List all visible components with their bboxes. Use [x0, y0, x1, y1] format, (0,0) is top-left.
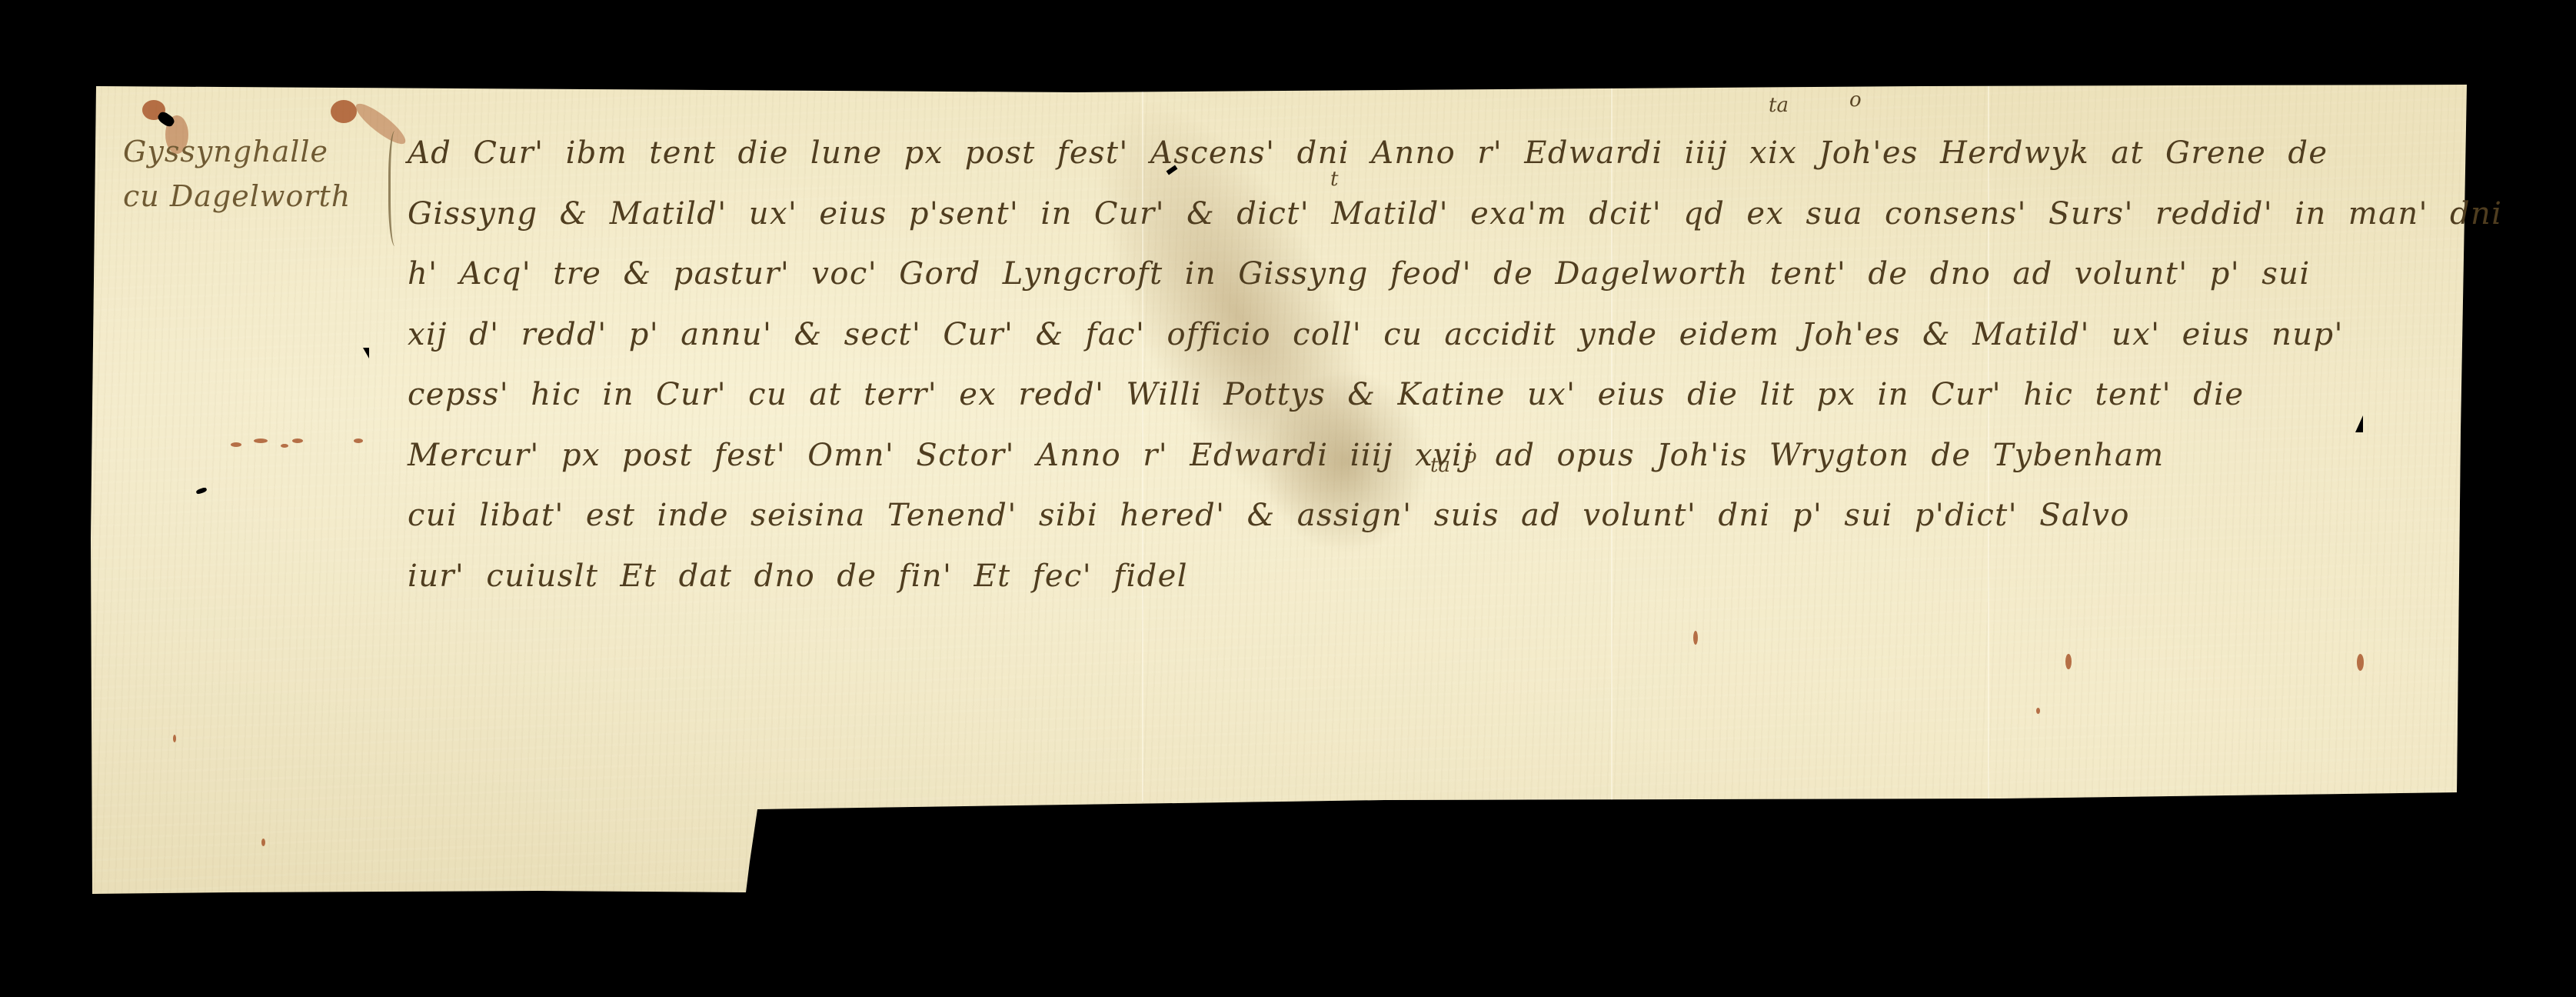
- text-line-1: Ad Cur' ibm tent die lune px post fest' …: [408, 123, 2438, 184]
- superscript-mark: o: [1849, 88, 1862, 112]
- margin-bracket: [388, 131, 404, 246]
- text-line-8: iur' cuiuslt Et dat dno de fin' Et fec' …: [408, 546, 2438, 607]
- rust-drip: [261, 839, 265, 846]
- rust-drip: [173, 735, 176, 742]
- rust-speck: [354, 438, 363, 443]
- scan-background: Gyssynghalle cu Dagelworth ta o t ta o A…: [0, 0, 2576, 997]
- rust-stain: [331, 100, 357, 123]
- text-line-5: cepss' hic in Cur' cu at terr' ex redd' …: [408, 365, 2438, 425]
- rust-drip: [2065, 654, 2072, 669]
- text-line-2: Gissyng & Matild' ux' eius p'sent' in Cu…: [408, 184, 2438, 245]
- rust-speck: [281, 444, 288, 448]
- text-line-4: xij d' redd' p' annu' & sect' Cur' & fac…: [408, 305, 2438, 365]
- margin-heading: Gyssynghalle cu Dagelworth: [123, 129, 351, 218]
- margin-heading-line-2: cu Dagelworth: [123, 174, 351, 218]
- margin-heading-line-1: Gyssynghalle: [123, 129, 351, 174]
- superscript-mark: ta: [1769, 94, 1789, 117]
- rust-drip: [1693, 631, 1698, 645]
- rust-drip: [2036, 708, 2040, 714]
- text-line-3: h' Acq' tre & pastur' voc' Gord Lyngcrof…: [408, 244, 2438, 305]
- text-line-6: Mercur' px post fest' Omn' Sctor' Anno r…: [408, 425, 2438, 486]
- rust-speck: [254, 438, 268, 443]
- document-body: Ad Cur' ibm tent die lune px post fest' …: [408, 123, 2438, 606]
- text-line-7: cui libat' est inde seisina Tenend' sibi…: [408, 485, 2438, 546]
- rust-speck: [292, 438, 303, 443]
- rust-drip: [2357, 654, 2364, 671]
- rust-speck: [231, 442, 241, 447]
